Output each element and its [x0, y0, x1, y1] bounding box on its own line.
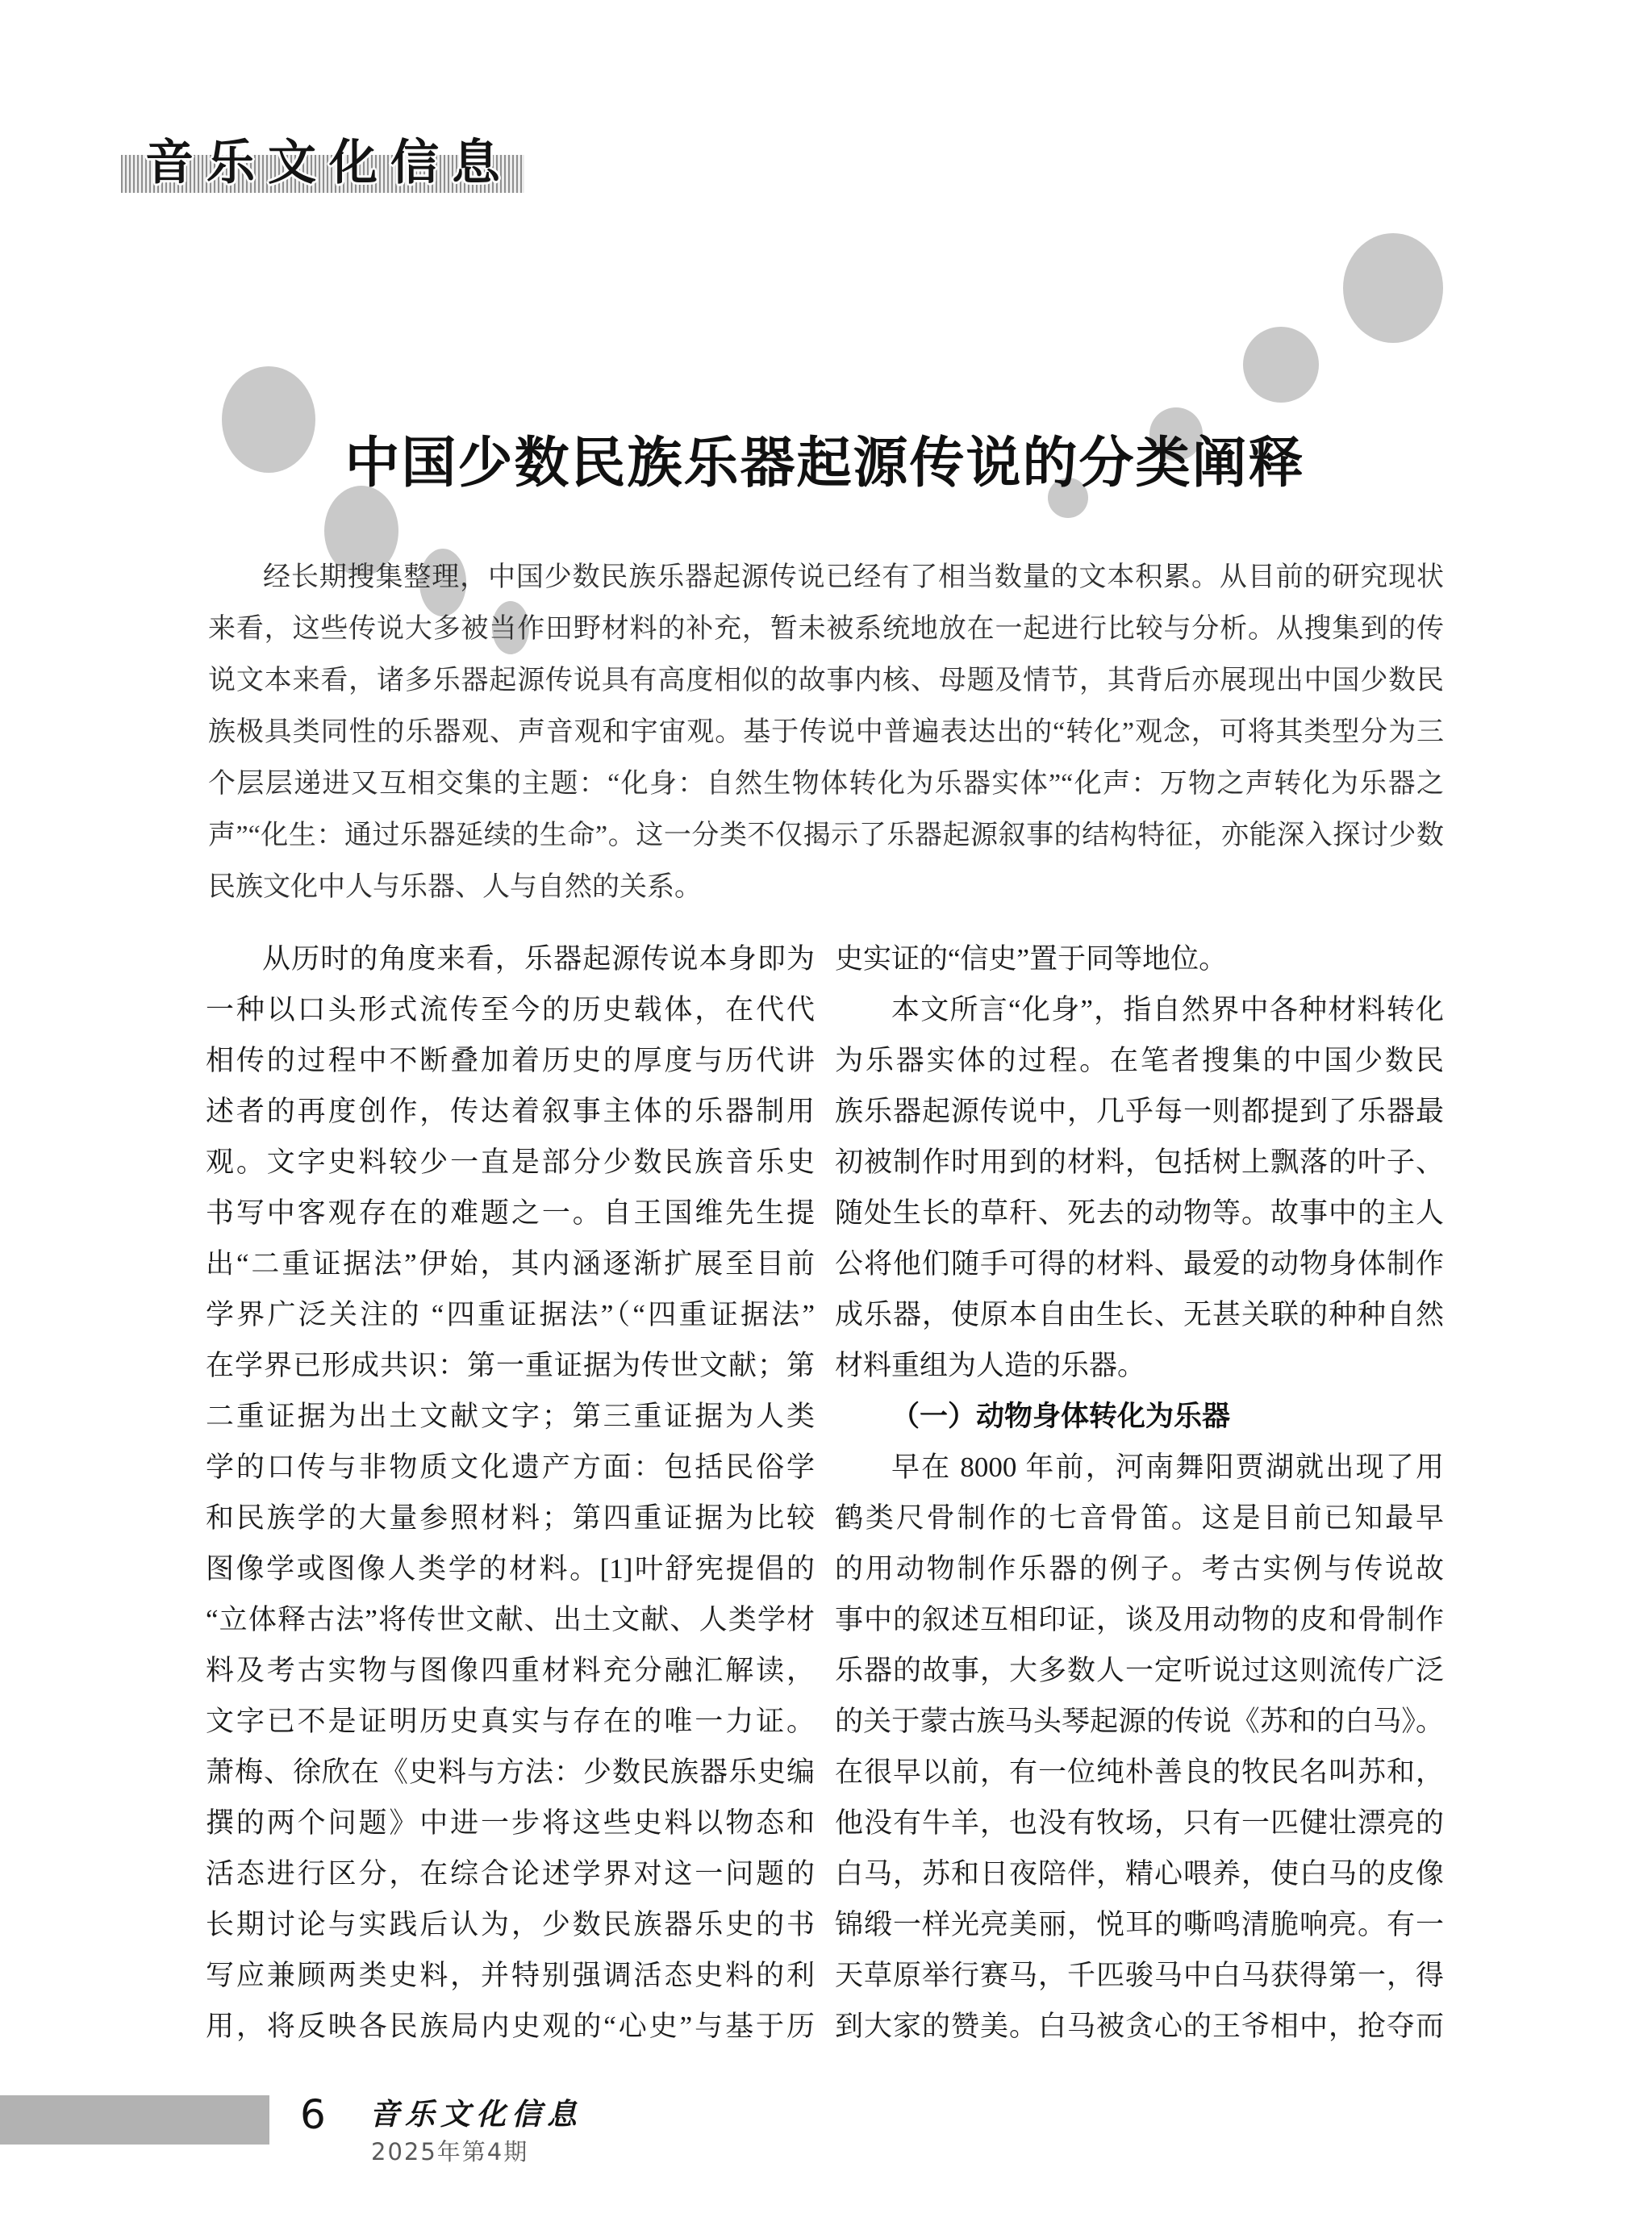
body-column-left: 从历时的角度来看，乐器起源传说本身即为 一种以口头形式流传至今的历史载体，在代代…: [206, 933, 815, 2052]
page-number: 6: [300, 2091, 326, 2138]
journal-page: 音乐文化信息 中国少数民族乐器起源传说的分类阐释 经长期搜集整理，中国少数民族乐…: [0, 0, 1652, 2226]
body-line: “立体释古法”将传世文献、出土文献、人类学材: [206, 1594, 815, 1645]
body-line: 乐器的故事，大多数人一定听说过这则流传广泛: [835, 1645, 1444, 1696]
abstract-line: 声”“化生：通过乐器延续的生命”。这一分类不仅揭示了乐器起源叙事的结构特征，亦能…: [208, 810, 1444, 862]
body-line: 长期讨论与实践后认为，少数民族器乐史的书: [206, 1899, 815, 1950]
body-line: 史实证的“信史”置于同等地位。: [835, 933, 1444, 984]
body-line: 在很早以前，有一位纯朴善良的牧民名叫苏和，: [835, 1747, 1444, 1798]
body-line: 二重证据为出土文献文字；第三重证据为人类: [206, 1391, 815, 1442]
body-line: 早在 8000 年前，河南舞阳贾湖就出现了用: [835, 1442, 1444, 1493]
body-line: 初被制作时用到的材料，包括树上飘落的叶子、: [835, 1137, 1444, 1188]
body-line: 的关于蒙古族马头琴起源的传说《苏和的白马》。: [835, 1696, 1444, 1747]
body-line: 事中的叙述互相印证，谈及用动物的皮和骨制作: [835, 1594, 1444, 1645]
body-line: 为乐器实体的过程。在笔者搜集的中国少数民: [835, 1035, 1444, 1086]
body-line: 锦缎一样光亮美丽，悦耳的嘶鸣清脆响亮。有一: [835, 1899, 1444, 1950]
decor-circle-right-medium: [1243, 327, 1319, 403]
body-line: 撰的两个问题》中进一步将这些史料以物态和: [206, 1798, 815, 1848]
abstract-line: 经长期搜集整理，中国少数民族乐器起源传说已经有了相当数量的文本积累。从目前的研究…: [208, 552, 1444, 603]
section-heading: （一）动物身体转化为乐器: [835, 1391, 1444, 1442]
body-line: 出“二重证据法”伊始，其内涵逐渐扩展至目前: [206, 1238, 815, 1289]
body-line: 公将他们随手可得的材料、最爱的动物身体制作: [835, 1238, 1444, 1289]
body-line: 的用动物制作乐器的例子。考古实例与传说故: [835, 1543, 1444, 1594]
body-line: 本文所言“化身”，指自然界中各种材料转化: [835, 984, 1444, 1035]
footer-gray-bar: [0, 2095, 269, 2145]
body-line: 述者的再度创作，传达着叙事主体的乐器制用: [206, 1086, 815, 1137]
footer-journal-name: 音乐文化信息: [369, 2090, 582, 2133]
body-line: 学的口传与非物质文化遗产方面：包括民俗学: [206, 1442, 815, 1493]
body-line: 从历时的角度来看，乐器起源传说本身即为: [206, 933, 815, 984]
footer-issue: 2025年第4期: [371, 2134, 528, 2167]
body-line: 文字已不是证明历史真实与存在的唯一力证。: [206, 1696, 815, 1747]
body-line: 材料重组为人造的乐器。: [835, 1340, 1444, 1391]
header-section-label: 音乐文化信息: [145, 124, 513, 194]
body-line: 学界广泛关注的 “四重证据法”（“四重证据法”: [206, 1289, 815, 1340]
body-line: 图像学或图像人类学的材料。[1]叶舒宪提倡的: [206, 1543, 815, 1594]
body-line: 料及考古实物与图像四重材料充分融汇解读，: [206, 1645, 815, 1696]
abstract-line: 说文本来看，诸多乐器起源传说具有高度相似的故事内核、母题及情节，其背后亦展现出中…: [208, 655, 1444, 707]
body-line: 在学界已形成共识：第一重证据为传世文献；第: [206, 1340, 815, 1391]
body-line: 随处生长的草秆、死去的动物等。故事中的主人: [835, 1188, 1444, 1238]
body-column-right: 史实证的“信史”置于同等地位。 本文所言“化身”，指自然界中各种材料转化 为乐器…: [835, 933, 1444, 2052]
abstract-line: 族极具类同性的乐器观、声音观和宇宙观。基于传说中普遍表达出的“转化”观念，可将其…: [208, 707, 1444, 758]
body-line: 和民族学的大量参照材料；第四重证据为比较: [206, 1493, 815, 1543]
body-line: 鹤类尺骨制作的七音骨笛。这是目前已知最早: [835, 1493, 1444, 1543]
body-line: 一种以口头形式流传至今的历史载体，在代代: [206, 984, 815, 1035]
article-title: 中国少数民族乐器起源传说的分类阐释: [206, 420, 1444, 498]
body-line: 活态进行区分，在综合论述学界对这一问题的: [206, 1848, 815, 1899]
abstract-line: 民族文化中人与乐器、人与自然的关系。: [208, 862, 1444, 913]
body-line: 成乐器，使原本自由生长、无甚关联的种种自然: [835, 1289, 1444, 1340]
body-line: 用，将反映各民族局内史观的“心史”与基于历: [206, 2001, 815, 2052]
body-line: 族乐器起源传说中，几乎每一则都提到了乐器最: [835, 1086, 1444, 1137]
body-line: 书写中客观存在的难题之一。自王国维先生提: [206, 1188, 815, 1238]
body-line: 相传的过程中不断叠加着历史的厚度与历代讲: [206, 1035, 815, 1086]
body-line: 天草原举行赛马，千匹骏马中白马获得第一，得: [835, 1950, 1444, 2001]
abstract-block: 经长期搜集整理，中国少数民族乐器起源传说已经有了相当数量的文本积累。从目前的研究…: [208, 552, 1444, 913]
body-line: 写应兼顾两类史料，并特别强调活态史料的利: [206, 1950, 815, 2001]
body-line: 观。文字史料较少一直是部分少数民族音乐史: [206, 1137, 815, 1188]
body-line: 他没有牛羊，也没有牧场，只有一匹健壮漂亮的: [835, 1798, 1444, 1848]
abstract-line: 来看，这些传说大多被当作田野材料的补充，暂未被系统地放在一起进行比较与分析。从搜…: [208, 603, 1444, 655]
decor-circle-right-large: [1343, 233, 1443, 343]
body-line: 到大家的赞美。白马被贪心的王爷相中，抢夺而: [835, 2001, 1444, 2052]
body-line: 白马，苏和日夜陪伴，精心喂养，使白马的皮像: [835, 1848, 1444, 1899]
body-line: 萧梅、徐欣在《史料与方法：少数民族器乐史编: [206, 1747, 815, 1798]
abstract-line: 个层层递进又互相交集的主题：“化身：自然生物体转化为乐器实体”“化声：万物之声转…: [208, 758, 1444, 810]
